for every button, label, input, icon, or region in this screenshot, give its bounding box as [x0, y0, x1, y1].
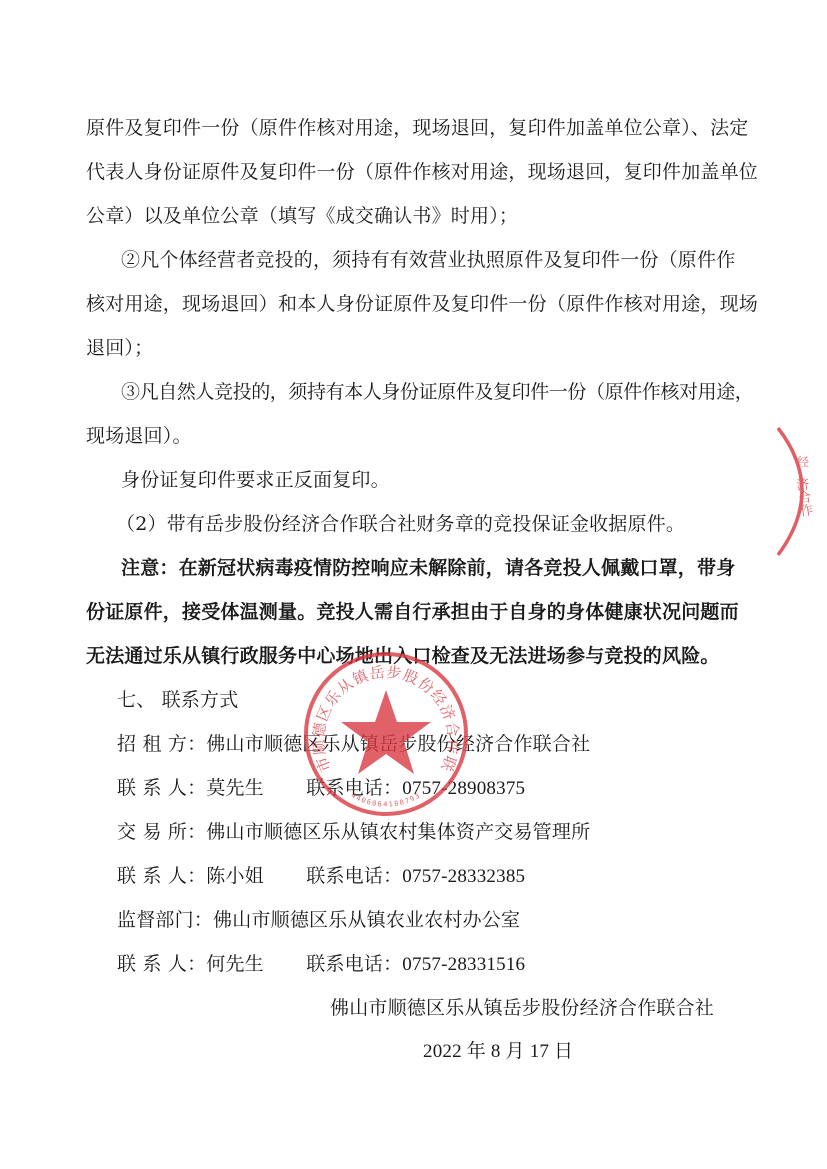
- section-heading-contact: 七、 联系方式: [117, 688, 238, 712]
- contact-row-person-1: 联 系 人：莫先生联系电话：0757-28908375: [117, 776, 525, 801]
- notice-line-1: 注意：在新冠状病毒疫情防控响应未解除前，请各竞投人佩戴口罩，带身: [121, 556, 735, 580]
- contact-label: 联 系 人：: [117, 865, 206, 887]
- contact-row-exchange: 交 易 所：佛山市顺德区乐从镇农村集体资产交易管理所: [117, 820, 590, 844]
- contact-row-supervisor: 监督部门：佛山市顺德区乐从镇农业农村办公室: [117, 908, 520, 932]
- paragraph-1-line-3: 公章）以及单位公章（填写《成交确认书》时用）；: [86, 204, 518, 228]
- contact-label: 联 系 人：: [117, 777, 206, 799]
- phone-label: 联系电话：: [306, 777, 402, 799]
- paragraph-2-line-1: ②凡个体经营者竞投的，须持有有效营业执照原件及复印件一份（原件作: [121, 248, 735, 272]
- paragraph-1-line-1: 原件及复印件一份（原件作核对用途，现场退回，复印件加盖单位公章）、法定: [86, 116, 749, 140]
- id-copy-requirement: 身份证复印件要求正反面复印。: [121, 468, 390, 492]
- svg-text:济合作: 济合作: [792, 476, 813, 518]
- paragraph-3-line-2: 现场退回）。: [86, 424, 192, 448]
- contact-label: 交 易 所：: [117, 821, 206, 843]
- notice-line-3: 无法通过乐从镇行政服务中心场地出入口检查及无法进场参与竞投的风险。: [86, 644, 720, 668]
- contact-value: 佛山市顺德区乐从镇农业农村办公室: [213, 909, 520, 931]
- contact-value: 何先生: [206, 952, 306, 976]
- contact-row-person-3: 联 系 人：何先生联系电话：0757-28331516: [117, 952, 525, 977]
- svg-text:经: 经: [797, 455, 809, 469]
- contact-value: 陈小姐: [206, 864, 306, 888]
- contact-value: 佛山市顺德区乐从镇农村集体资产交易管理所: [206, 821, 590, 843]
- phone-label: 联系电话：: [306, 953, 402, 975]
- contact-label: 监督部门：: [117, 909, 213, 931]
- contact-row-person-2: 联 系 人：陈小姐联系电话：0757-28332385: [117, 864, 525, 889]
- phone-label: 联系电话：: [306, 865, 402, 887]
- contact-label: 联 系 人：: [117, 953, 206, 975]
- deposit-receipt-requirement: （2）带有岳步股份经济合作联合社财务章的竞投保证金收据原件。: [116, 512, 685, 536]
- paragraph-3-line-1: ③凡自然人竞投的，须持有本人身份证原件及复印件一份（原件作核对用途，: [121, 380, 753, 404]
- contact-label: 招 租 方：: [117, 733, 206, 755]
- phone-number: 0757-28908375: [402, 778, 525, 799]
- contact-value: 佛山市顺德区乐从镇岳步股份经济合作联合社: [206, 733, 590, 755]
- contact-value: 莫先生: [206, 776, 306, 800]
- contact-row-lessor: 招 租 方：佛山市顺德区乐从镇岳步股份经济合作联合社: [117, 732, 590, 756]
- signature-organization: 佛山市顺德区乐从镇岳步股份经济合作联合社: [330, 996, 714, 1020]
- paragraph-2-line-3: 退回）；: [86, 336, 153, 360]
- paragraph-2-line-2: 核对用途，现场退回）和本人身份证原件及复印件一份（原件作核对用途，现场: [86, 292, 758, 316]
- paragraph-1-line-2: 代表人身份证原件及复印件一份（原件作核对用途，现场退回，复印件加盖单位: [86, 160, 758, 184]
- signature-date: 2022 年 8 月 17 日: [423, 1040, 573, 1064]
- phone-number: 0757-28331516: [402, 954, 525, 975]
- phone-number: 0757-28332385: [402, 866, 525, 887]
- notice-line-2: 份证原件，接受体温测量。竞投人需自行承担由于自身的身体健康状况问题而: [86, 600, 739, 624]
- partial-seal-stamp: 济合作 经: [770, 420, 827, 560]
